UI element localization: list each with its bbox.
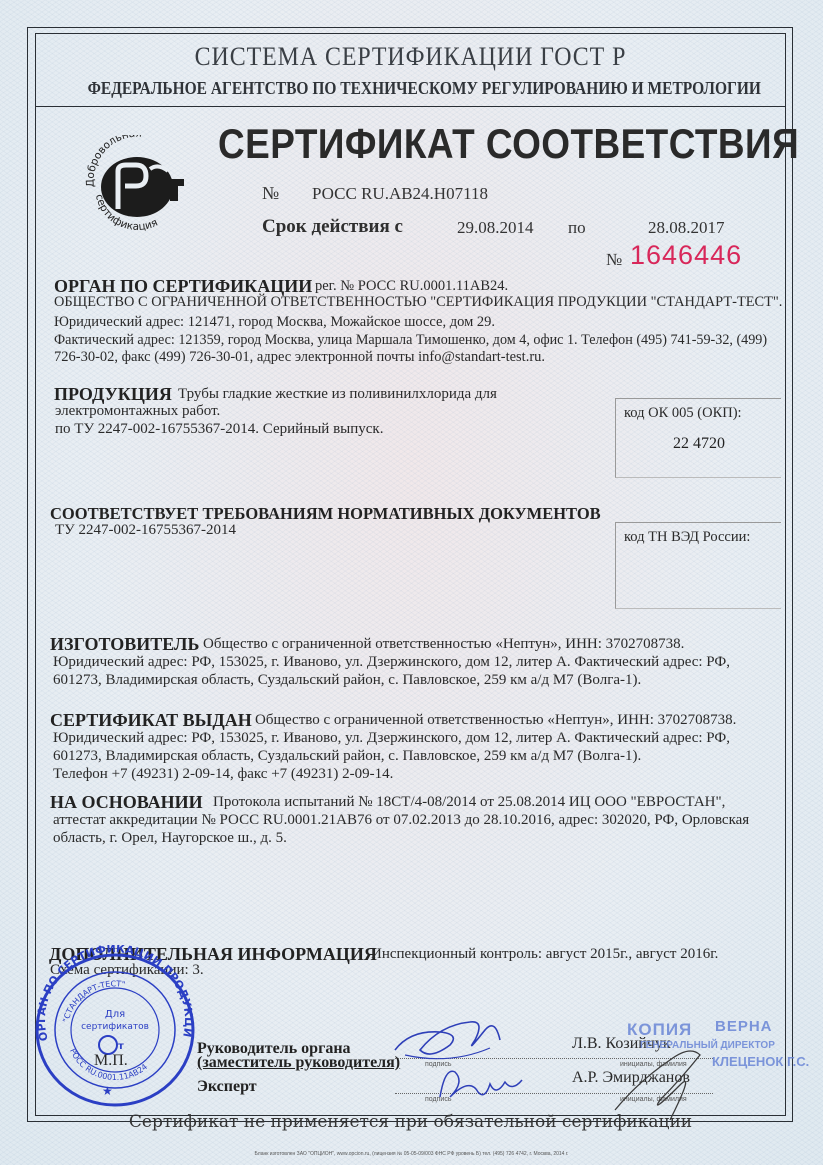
copy-stamp-line-1-right: ВЕРНА	[715, 1018, 773, 1035]
copy-stamp-line-2: ГЕНЕРАЛЬНЫЙ ДИРЕКТОР	[640, 1040, 775, 1051]
valid-to: 28.08.2017	[648, 218, 725, 238]
basis-line-2: аттестат аккредитации № РОСС RU.0001.21А…	[53, 812, 749, 829]
tnved-code-box: код ТН ВЭД России:	[615, 522, 781, 609]
compliance-document: ТУ 2247-002-16755367-2014	[55, 522, 236, 539]
okp-code-value: 22 4720	[616, 435, 782, 453]
rst-logo-icon: Добровольная сертификация	[82, 135, 192, 235]
agency-name: ФЕДЕРАЛЬНОЕ АГЕНТСТВО ПО ТЕХНИЧЕСКОМУ РЕ…	[88, 78, 734, 99]
certificate-title: СЕРТИФИКАТ СООТВЕТСТВИЯ	[218, 120, 799, 168]
blank-number-sign: №	[606, 250, 622, 270]
validity-label: Срок действия с	[262, 216, 403, 238]
certification-body-legal-address: Юридический адрес: 121471, город Москва,…	[54, 314, 495, 331]
manufacturer-name: Общество с ограниченной ответственностью…	[203, 636, 684, 653]
issued-to-name: Общество с ограниченной ответственностью…	[255, 712, 736, 729]
certification-body-name: ОБЩЕСТВО С ОГРАНИЧЕННОЙ ОТВЕТСТВЕННОСТЬЮ…	[54, 294, 782, 311]
basis-heading: НА ОСНОВАНИИ	[50, 792, 203, 813]
issued-to-address-2: 601273, Владимирская область, Суздальски…	[53, 748, 641, 765]
certification-body-contacts: 726-30-02, факс (499) 726-30-01, адрес э…	[54, 349, 545, 366]
product-line-3: по ТУ 2247-002-16755367-2014. Серийный в…	[55, 421, 383, 438]
footer-note: Сертификат не применяется при обязательн…	[35, 1112, 786, 1132]
number-sign: №	[262, 183, 279, 204]
to-label: по	[568, 218, 586, 238]
compliance-heading: СООТВЕТСТВУЕТ ТРЕБОВАНИЯМ НОРМАТИВНЫХ ДО…	[50, 504, 601, 524]
expert-role: Эксперт	[197, 1078, 257, 1096]
svg-text:сертификатов: сертификатов	[81, 1022, 149, 1032]
issued-to-address-1: Юридический адрес: РФ, 153025, г. Иванов…	[53, 730, 730, 747]
issued-to-contacts: Телефон +7 (49231) 2-09-14, факс +7 (492…	[53, 766, 393, 783]
okp-code-box: код ОК 005 (ОКП): 22 4720	[615, 398, 781, 478]
seal-place-caption: М.П.	[94, 1052, 128, 1070]
basis-line-3: область, г. Орел, Наугорское ш., д. 5.	[53, 830, 287, 847]
expert-signature-icon	[430, 1062, 530, 1112]
svg-text:т: т	[118, 1041, 124, 1052]
svg-text:★: ★	[102, 1084, 113, 1098]
tnved-code-label: код ТН ВЭД России:	[624, 529, 750, 546]
printer-note: Бланк изготовлен ЗАО "ОПЦИОН", www.opcio…	[0, 1151, 823, 1157]
product-line-1: Трубы гладкие жесткие из поливинилхлорид…	[178, 386, 497, 403]
organization-seal-icon: ОРГАН ПО СЕРТИФИКАЦИИ ПРОДУКЦИИ "СТАНДАР…	[30, 945, 200, 1110]
copy-stamp-line-1-left: КОПИЯ	[627, 1020, 692, 1040]
manufacturer-address-2: 601273, Владимирская область, Суздальски…	[53, 672, 641, 689]
certificate-number: РОСС RU.АВ24.Н07118	[312, 184, 488, 204]
copy-stamp-line-3: КЛЕЦЕНОК Г.С.	[712, 1054, 809, 1069]
issued-to-heading: СЕРТИФИКАТ ВЫДАН	[50, 710, 252, 731]
blank-number: 1646446	[630, 240, 742, 271]
system-title: СИСТЕМА СЕРТИФИКАЦИИ ГОСТ Р	[65, 42, 756, 72]
certification-body-actual-address: Фактический адрес: 121359, город Москва,…	[54, 332, 767, 349]
valid-from: 29.08.2014	[457, 218, 534, 238]
svg-text:Для: Для	[105, 1009, 125, 1020]
header-divider	[35, 106, 786, 107]
manufacturer-address-1: Юридический адрес: РФ, 153025, г. Иванов…	[53, 654, 730, 671]
okp-code-label: код ОК 005 (ОКП):	[624, 405, 742, 422]
manufacturer-heading: ИЗГОТОВИТЕЛЬ	[50, 634, 199, 655]
product-line-2: электромонтажных работ.	[55, 403, 220, 420]
head-role-line-2: (заместитель руководителя)	[197, 1054, 400, 1072]
product-heading: ПРОДУКЦИЯ	[54, 384, 172, 405]
certification-body-reg: рег. № РОСС RU.0001.11АВ24.	[315, 278, 508, 295]
basis-line-1: Протокола испытаний № 18СТ/4-08/2014 от …	[213, 794, 725, 811]
inspection-control: Инспекционный контроль: август 2015г., а…	[371, 946, 718, 963]
